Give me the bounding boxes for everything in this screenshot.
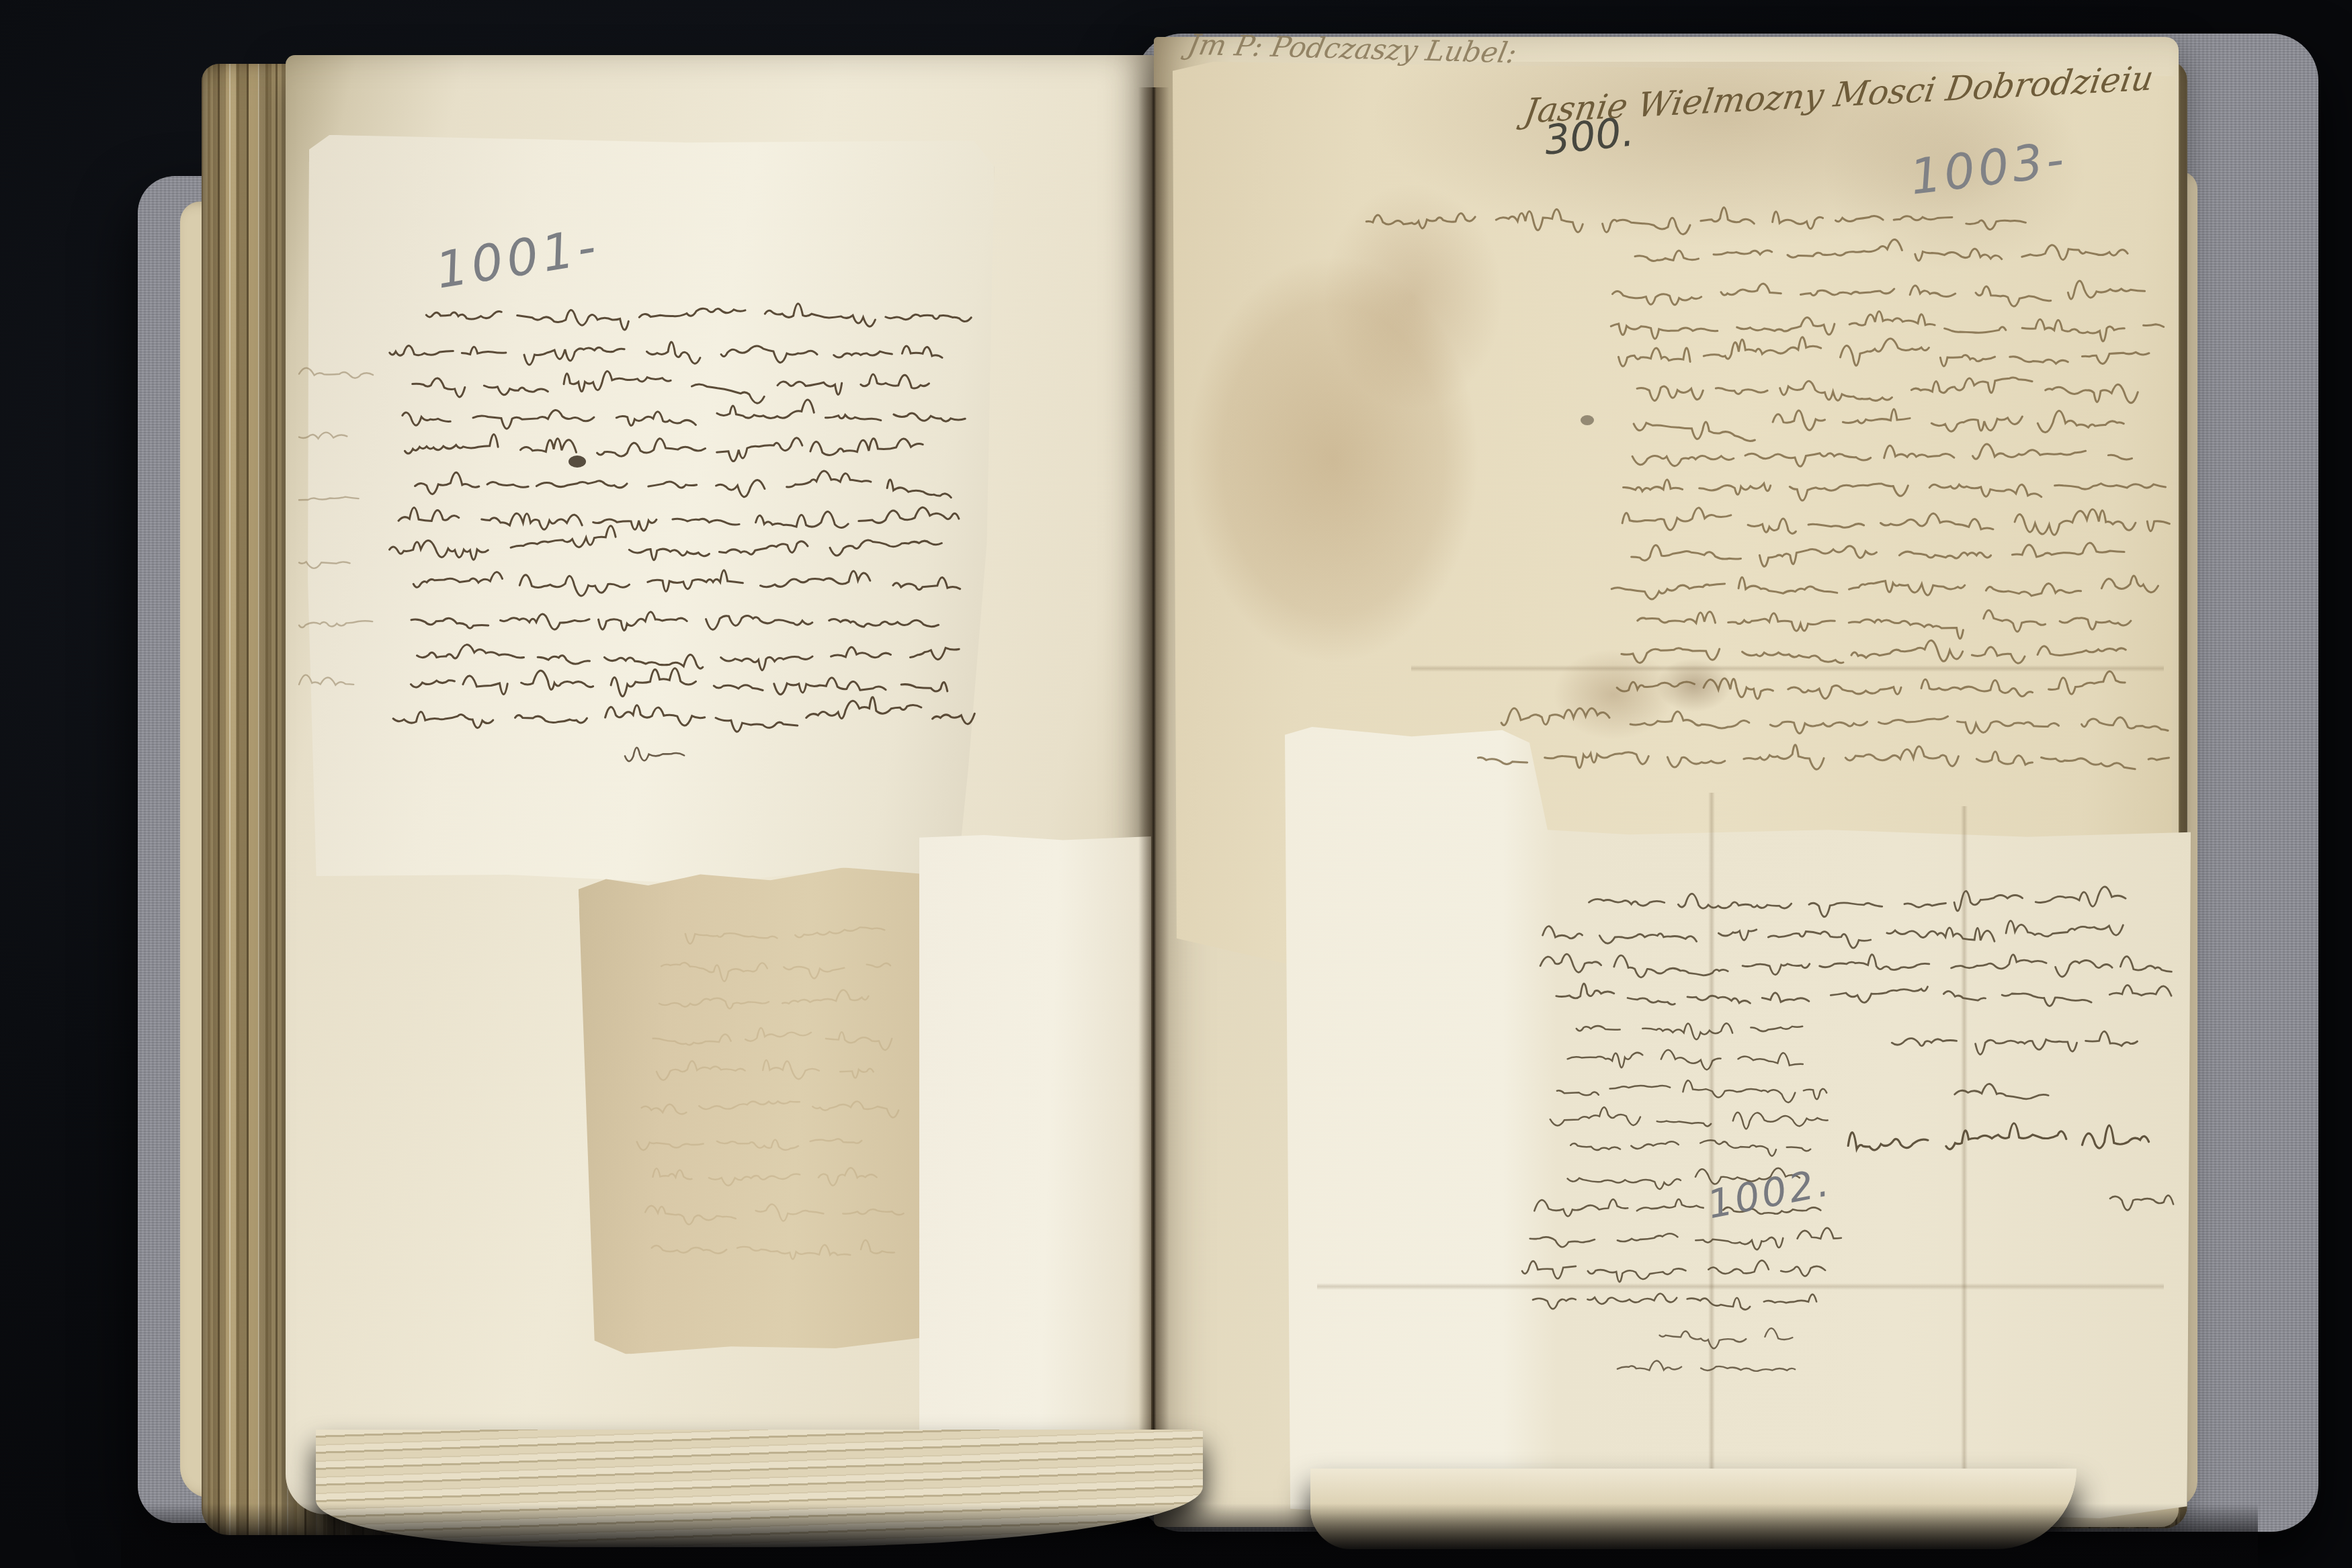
book-bottom-shadow <box>121 1504 2258 1568</box>
fold-crease-horizontal <box>1317 1283 2164 1290</box>
fold-crease-vertical <box>1961 806 1968 1491</box>
fold-crease-horizontal <box>1411 665 2164 672</box>
book-gutter <box>1138 87 1169 1505</box>
pasted-letter-bottom-right <box>1285 727 2191 1518</box>
fold-crease-vertical <box>1708 793 1715 1498</box>
folio-number-300: 300. <box>1542 108 1636 165</box>
pasted-letter-tan-left <box>578 865 941 1355</box>
photo-backdrop: Jm P: Podczaszy Lubel: Jasnie Wielmozny … <box>0 0 2352 1568</box>
pasted-letter-top-left <box>302 135 995 887</box>
ink-blot <box>1581 415 1594 425</box>
blank-sheet-left-page <box>919 835 1151 1475</box>
ink-blot <box>569 455 586 468</box>
